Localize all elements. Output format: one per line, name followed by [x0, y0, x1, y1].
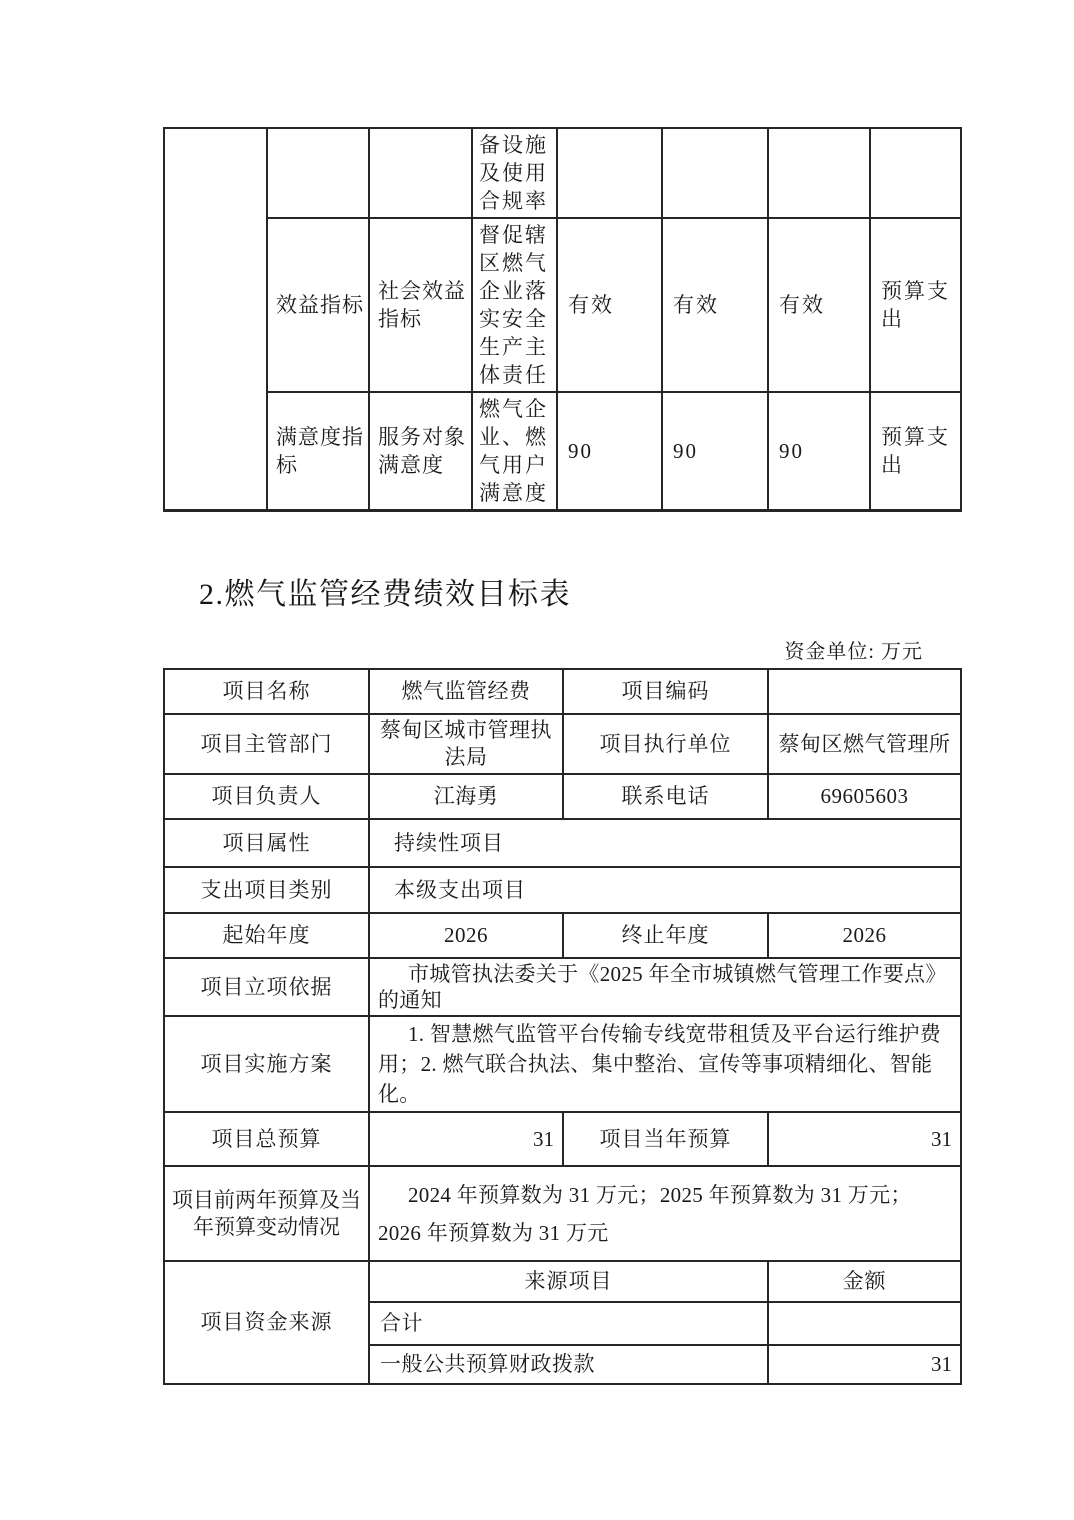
indicator-category-cell — [164, 128, 267, 511]
executing-unit-value: 蔡甸区燃气管理所 — [768, 714, 961, 774]
indicator-row-continuation: 备设施及使用合规率 — [164, 128, 961, 218]
indicator-value-cell-1 — [557, 128, 662, 218]
table-row: 项目前两年预算及当年预算变动情况 2024 年预算数为 31 万元；2025 年… — [164, 1166, 961, 1261]
expenditure-category-value: 本级支出项目 — [369, 867, 961, 913]
contact-phone-value: 69605603 — [768, 774, 961, 819]
indicator-support-cell: 预算支出 — [870, 218, 961, 392]
start-year-value: 2026 — [369, 913, 563, 958]
table-row: 起始年度 2026 终止年度 2026 — [164, 913, 961, 958]
table-row: 项目总预算 31 项目当年预算 31 — [164, 1112, 961, 1166]
project-target-table: 项目名称 燃气监管经费 项目编码 项目主管部门 蔡甸区城市管理执法局 项目执行单… — [163, 668, 962, 1385]
project-attribute-value: 持续性项目 — [369, 819, 961, 867]
project-code-value — [768, 669, 961, 714]
funding-total-amount — [768, 1302, 961, 1345]
indicator-value-cell-2 — [662, 128, 768, 218]
indicators-table-continued: 备设施及使用合规率 效益指标 社会效益指标 督促辖区燃气企业落实安全生产主体责任… — [163, 127, 962, 512]
executing-unit-label: 项目执行单位 — [563, 714, 768, 774]
table-row: 项目名称 燃气监管经费 项目编码 — [164, 669, 961, 714]
contact-phone-label: 联系电话 — [563, 774, 768, 819]
indicator-support-cell — [870, 128, 961, 218]
indicator-level1-cell: 满意度指标 — [267, 392, 369, 511]
funding-item-amount: 31 — [768, 1345, 961, 1384]
supervisor-dept-label: 项目主管部门 — [164, 714, 369, 774]
current-year-budget-label: 项目当年预算 — [563, 1112, 768, 1166]
project-leader-value: 江海勇 — [369, 774, 563, 819]
table-row: 支出项目类别 本级支出项目 — [164, 867, 961, 913]
indicator-value-cell-3: 90 — [768, 392, 870, 511]
supervisor-dept-value: 蔡甸区城市管理执法局 — [369, 714, 563, 774]
table-row: 项目实施方案 1. 智慧燃气监管平台传输专线宽带租赁及平台运行维护费用；2. 燃… — [164, 1016, 961, 1112]
funding-source-column-header: 来源项目 — [369, 1261, 768, 1302]
project-code-label: 项目编码 — [563, 669, 768, 714]
indicator-row-benefit: 效益指标 社会效益指标 督促辖区燃气企业落实安全生产主体责任 有效 有效 有效 … — [164, 218, 961, 392]
budget-history-value: 2024 年预算数为 31 万元；2025 年预算数为 31 万元；2026 年… — [369, 1166, 961, 1261]
budget-history-label: 项目前两年预算及当年预算变动情况 — [164, 1166, 369, 1261]
indicator-level1-cell — [267, 128, 369, 218]
approval-basis-label: 项目立项依据 — [164, 958, 369, 1016]
end-year-label: 终止年度 — [563, 913, 768, 958]
indicator-name-cell: 燃气企业、燃气用户满意度 — [472, 392, 557, 511]
implementation-plan-value: 1. 智慧燃气监管平台传输专线宽带租赁及平台运行维护费用；2. 燃气联合执法、集… — [369, 1016, 961, 1112]
implementation-plan-label: 项目实施方案 — [164, 1016, 369, 1112]
funding-header-row: 项目资金来源 来源项目 金额 — [164, 1261, 961, 1302]
indicator-name-cell: 备设施及使用合规率 — [472, 128, 557, 218]
unit-note: 资金单位: 万元 — [163, 635, 923, 664]
project-attribute-label: 项目属性 — [164, 819, 369, 867]
funding-item-label: 一般公共预算财政拨款 — [369, 1345, 768, 1384]
total-budget-label: 项目总预算 — [164, 1112, 369, 1166]
end-year-value: 2026 — [768, 913, 961, 958]
indicator-value-cell-2: 有效 — [662, 218, 768, 392]
approval-basis-value: 市城管执法委关于《2025 年全市城镇燃气管理工作要点》的通知 — [369, 958, 961, 1016]
indicator-value-cell-1: 90 — [557, 392, 662, 511]
project-name-label: 项目名称 — [164, 669, 369, 714]
project-leader-label: 项目负责人 — [164, 774, 369, 819]
indicator-level2-cell: 服务对象满意度 — [369, 392, 472, 511]
indicator-value-cell-3: 有效 — [768, 218, 870, 392]
project-name-value: 燃气监管经费 — [369, 669, 563, 714]
document-page: 备设施及使用合规率 效益指标 社会效益指标 督促辖区燃气企业落实安全生产主体责任… — [0, 0, 1074, 1520]
section-title: 2.燃气监管经费绩效目标表 — [199, 569, 571, 613]
indicator-level2-cell — [369, 128, 472, 218]
indicator-support-cell: 预算支出 — [870, 392, 961, 511]
funding-amount-column-header: 金额 — [768, 1261, 961, 1302]
table-row: 项目立项依据 市城管执法委关于《2025 年全市城镇燃气管理工作要点》的通知 — [164, 958, 961, 1016]
indicator-row-satisfaction: 满意度指标 服务对象满意度 燃气企业、燃气用户满意度 90 90 90 预算支出 — [164, 392, 961, 511]
indicator-level1-cell: 效益指标 — [267, 218, 369, 392]
indicator-name-cell: 督促辖区燃气企业落实安全生产主体责任 — [472, 218, 557, 392]
indicator-value-cell-3 — [768, 128, 870, 218]
table-row: 项目属性 持续性项目 — [164, 819, 961, 867]
funding-source-label: 项目资金来源 — [164, 1261, 369, 1384]
indicator-value-cell-2: 90 — [662, 392, 768, 511]
total-budget-value: 31 — [369, 1112, 563, 1166]
table-row: 项目负责人 江海勇 联系电话 69605603 — [164, 774, 961, 819]
table-row: 项目主管部门 蔡甸区城市管理执法局 项目执行单位 蔡甸区燃气管理所 — [164, 714, 961, 774]
current-year-budget-value: 31 — [768, 1112, 961, 1166]
indicator-level2-cell: 社会效益指标 — [369, 218, 472, 392]
start-year-label: 起始年度 — [164, 913, 369, 958]
funding-total-label: 合计 — [369, 1302, 768, 1345]
indicator-value-cell-1: 有效 — [557, 218, 662, 392]
expenditure-category-label: 支出项目类别 — [164, 867, 369, 913]
